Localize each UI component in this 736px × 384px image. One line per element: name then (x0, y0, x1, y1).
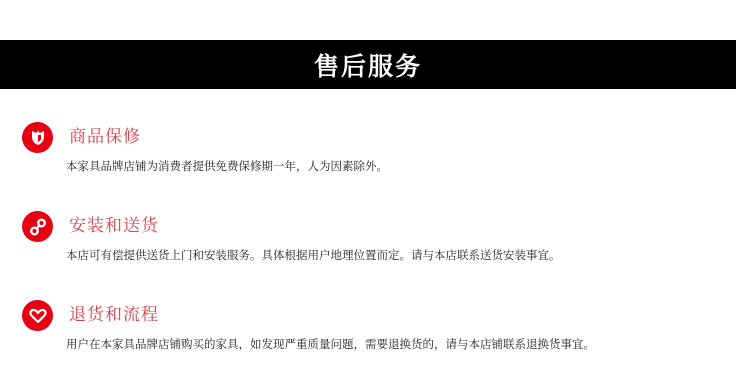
header-banner: 售后服务 (0, 40, 736, 89)
heart-icon (22, 300, 53, 331)
section-title: 退货和流程 (69, 304, 159, 326)
section-title: 商品保修 (69, 126, 141, 148)
section-description: 本店可有偿提供送货上门和安装服务。具体根据用户地理位置而定。请与本店联系送货安装… (66, 247, 561, 263)
section-description: 本家具品牌店铺为消费者提供免费保修期一年，人为因素除外。 (66, 158, 388, 174)
section-description: 用户在本家具品牌店铺购买的家具，如发现严重质量问题，需要退换货的，请与本店铺联系… (66, 336, 595, 352)
section-returns: 退货和流程 用户在本家具品牌店铺购买的家具，如发现严重质量问题，需要退换货的，请… (0, 300, 736, 370)
section-delivery: 安装和送货 本店可有偿提供送货上门和安装服务。具体根据用户地理位置而定。请与本店… (0, 211, 736, 281)
section-warranty: 商品保修 本家具品牌店铺为消费者提供免费保修期一年，人为因素除外。 (0, 122, 736, 192)
wrench-icon (22, 211, 53, 242)
section-title: 安装和送货 (69, 215, 159, 237)
shield-icon (22, 122, 53, 153)
page-title: 售后服务 (314, 47, 422, 83)
